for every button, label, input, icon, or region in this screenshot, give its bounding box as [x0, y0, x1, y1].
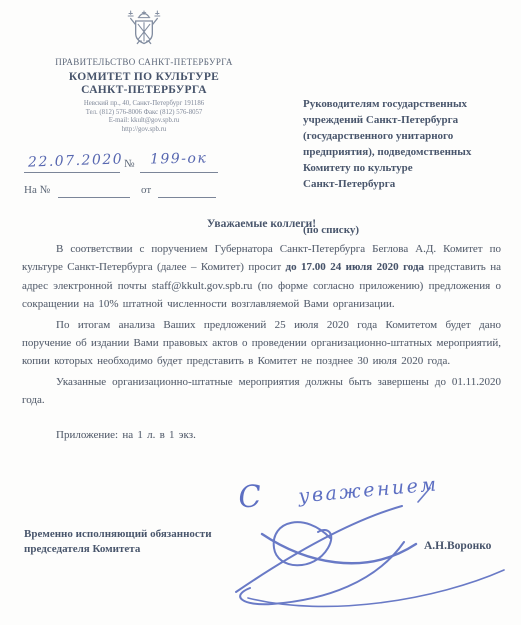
- letterhead: ПРАВИТЕЛЬСТВО САНКТ-ПЕТЕРБУРГА КОМИТЕТ П…: [28, 8, 260, 134]
- website: http://gov.spb.ru: [28, 126, 260, 135]
- from-label: от: [141, 184, 151, 196]
- handwritten-number: 199-ок: [150, 151, 208, 168]
- from-underline: [158, 196, 216, 198]
- scanned-official-letter: ПРАВИТЕЛЬСТВО САНКТ-ПЕТЕРБУРГА КОМИТЕТ П…: [0, 0, 521, 625]
- on-number-underline: [58, 196, 130, 198]
- signer-position: Временно исполняющий обязанности председ…: [24, 527, 274, 557]
- attachment-note: Приложение: на 1 л. в 1 экз.: [22, 426, 501, 444]
- paragraph-1: В соответствии с поручением Губернатора …: [22, 240, 501, 314]
- date-underline: [24, 171, 120, 173]
- email: E-mail: kkult@gov.spb.ru: [28, 117, 260, 126]
- committee-name-line1: КОМИТЕТ ПО КУЛЬТУРЕ: [28, 71, 260, 84]
- on-number-label: На №: [24, 184, 50, 196]
- number-sign: №: [124, 158, 135, 170]
- saint-petersburg-coat-of-arms-icon: [119, 8, 169, 54]
- government-name: ПРАВИТЕЛЬСТВО САНКТ-ПЕТЕРБУРГА: [28, 57, 260, 67]
- signer-name: А.Н.Воронко: [424, 540, 491, 552]
- recipient-lines: Руководителям государственных учреждений…: [303, 96, 515, 192]
- postal-address: Невский пр., 40, Санкт-Петербург 191186: [28, 100, 260, 109]
- committee-name-line2: САНКТ-ПЕТЕРБУРГА: [28, 84, 260, 97]
- paragraph-3: Указанные организационно-штатные меропри…: [22, 373, 501, 410]
- handwritten-date: 22.07.2020: [28, 151, 124, 170]
- phone-fax: Тел. (812) 576-8006 Факс (812) 576-8057: [28, 109, 260, 118]
- salutation: Уважаемые коллеги!: [22, 218, 501, 230]
- number-underline: [140, 171, 218, 173]
- letter-body: Уважаемые коллеги! В соответствии с пору…: [22, 218, 501, 444]
- paragraph-2: По итогам анализа Ваших предложений 25 и…: [22, 316, 501, 371]
- paragraph-1-deadline-bold: до 17.00 24 июля 2020 года: [286, 261, 425, 273]
